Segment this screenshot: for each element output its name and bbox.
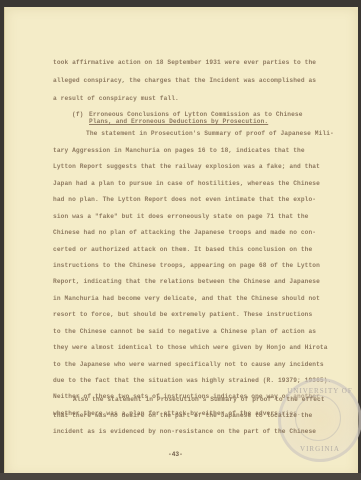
text-line: tary Aggression in Manchuria on pages 16…: [53, 147, 305, 155]
page-number: -43-: [168, 451, 183, 458]
text-line: Report, indicating that the relations be…: [53, 278, 320, 286]
text-line: a result of conspiracy must fall.: [53, 95, 179, 103]
section-marker: (f): [72, 111, 83, 119]
section-heading-line2: Plans, and Erroneous Deductions by Prose…: [89, 118, 268, 126]
stamp-top-text: UNIVERSITY OF: [281, 387, 359, 395]
text-line: took affirmative action on 18 September …: [53, 59, 316, 67]
text-line: The statement in Prosecution's Summary o…: [86, 130, 334, 138]
page-top-edge: [5, 7, 358, 10]
page-bottom-edge: [0, 473, 361, 480]
text-line: Lytton Report suggests that the railway …: [53, 163, 320, 171]
text-line: had no plan. The Lytton Report does not …: [53, 196, 316, 204]
text-line: in Manchuria had become very delicate, a…: [53, 295, 320, 303]
text-line: they were almost identical to those whic…: [53, 344, 328, 352]
university-stamp: UNIVERSITY OF VIRGINIA: [278, 378, 361, 462]
text-line: Also the statement in Prosecution's Summ…: [73, 396, 325, 404]
text-line: to the Japanese who were warned specific…: [53, 361, 324, 369]
stamp-bottom-text: VIRGINIA: [281, 445, 359, 453]
text-line: Japan had a plan to pursue in case of ho…: [53, 180, 320, 188]
text-line: to the Chinese cannot be said to negativ…: [53, 328, 316, 336]
text-line: resort to force, but should be extremely…: [53, 311, 312, 319]
text-line: sion was a "fake" but it does erroneousl…: [53, 213, 308, 221]
text-line: due to the fact that the situation was h…: [53, 377, 331, 385]
text-line: certed or authorized attack on them. It …: [53, 246, 312, 254]
text-line: incident as is evidenced by non-resistan…: [53, 428, 316, 436]
text-line: that there was no desire on the part of …: [53, 412, 312, 420]
text-line: Chinese had no plan of attacking the Jap…: [53, 229, 316, 237]
text-line: instructions to the Chinese troops, appe…: [53, 262, 320, 270]
text-line: alleged conspiracy, the charges that the…: [53, 77, 316, 85]
